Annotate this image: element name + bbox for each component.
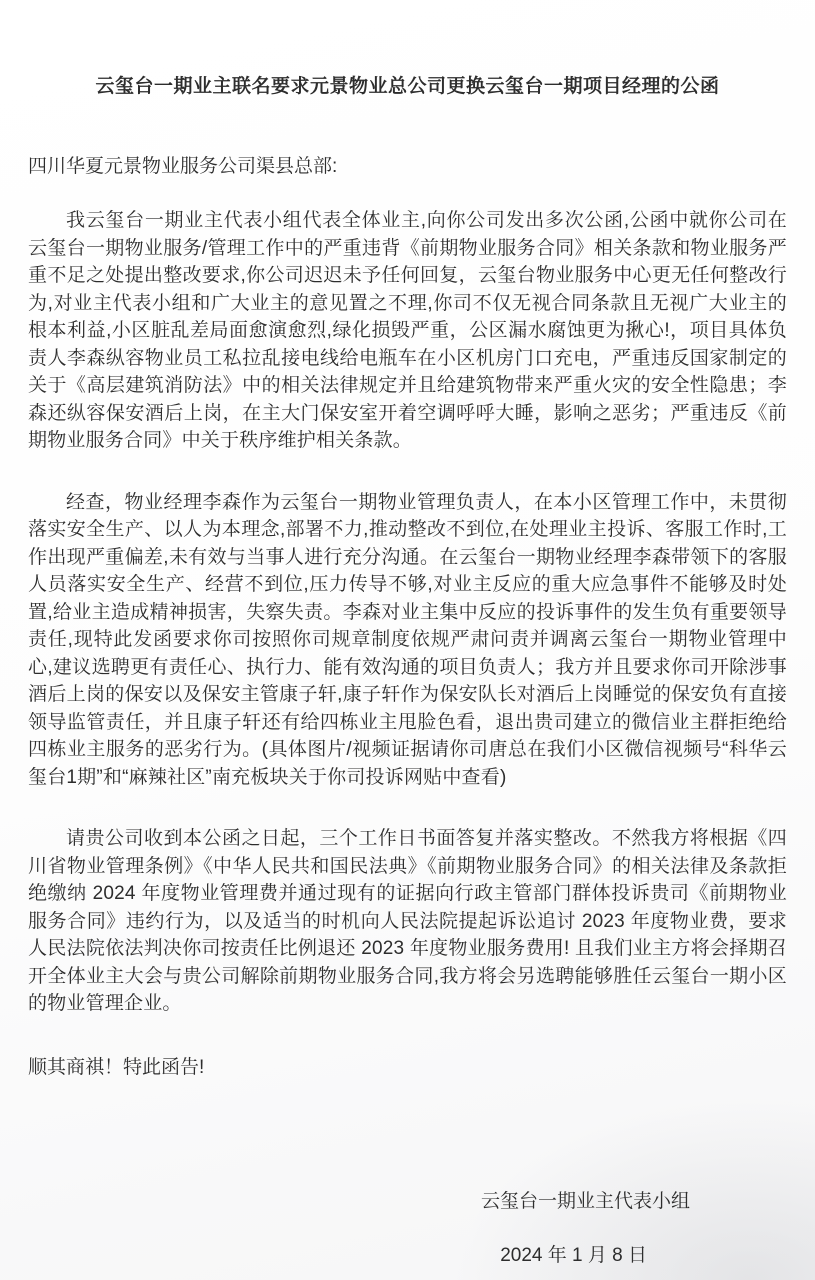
letter-date: 2024 年 1 月 8 日 xyxy=(28,1242,787,1270)
letter-paragraph-3: 请贵公司收到本公函之日起，三个工作日书面答复并落实整改。不然我方将根据《四川省物… xyxy=(28,825,787,1018)
letter-signature: 云玺台一期业主代表小组 xyxy=(28,1188,787,1216)
letter-title: 云玺台一期业主联名要求元景物业总公司更换云玺台一期项目经理的公函 xyxy=(28,0,787,101)
letter-document-page: 云玺台一期业主联名要求元景物业总公司更换云玺台一期项目经理的公函 四川华夏元景物… xyxy=(0,0,815,1280)
letter-paragraph-2: 经查，物业经理李森作为云玺台一期物业管理负责人，在本小区管理工作中，未贯彻落实安… xyxy=(28,489,787,792)
letter-paragraph-1: 我云玺台一期业主代表小组代表全体业主,向你公司发出多次公函,公函中就你公司在云玺… xyxy=(28,207,787,455)
letter-salutation: 四川华夏元景物业服务公司渠县总部: xyxy=(28,153,787,181)
letter-closing-line: 顺其商祺！特此函告! xyxy=(28,1054,787,1082)
